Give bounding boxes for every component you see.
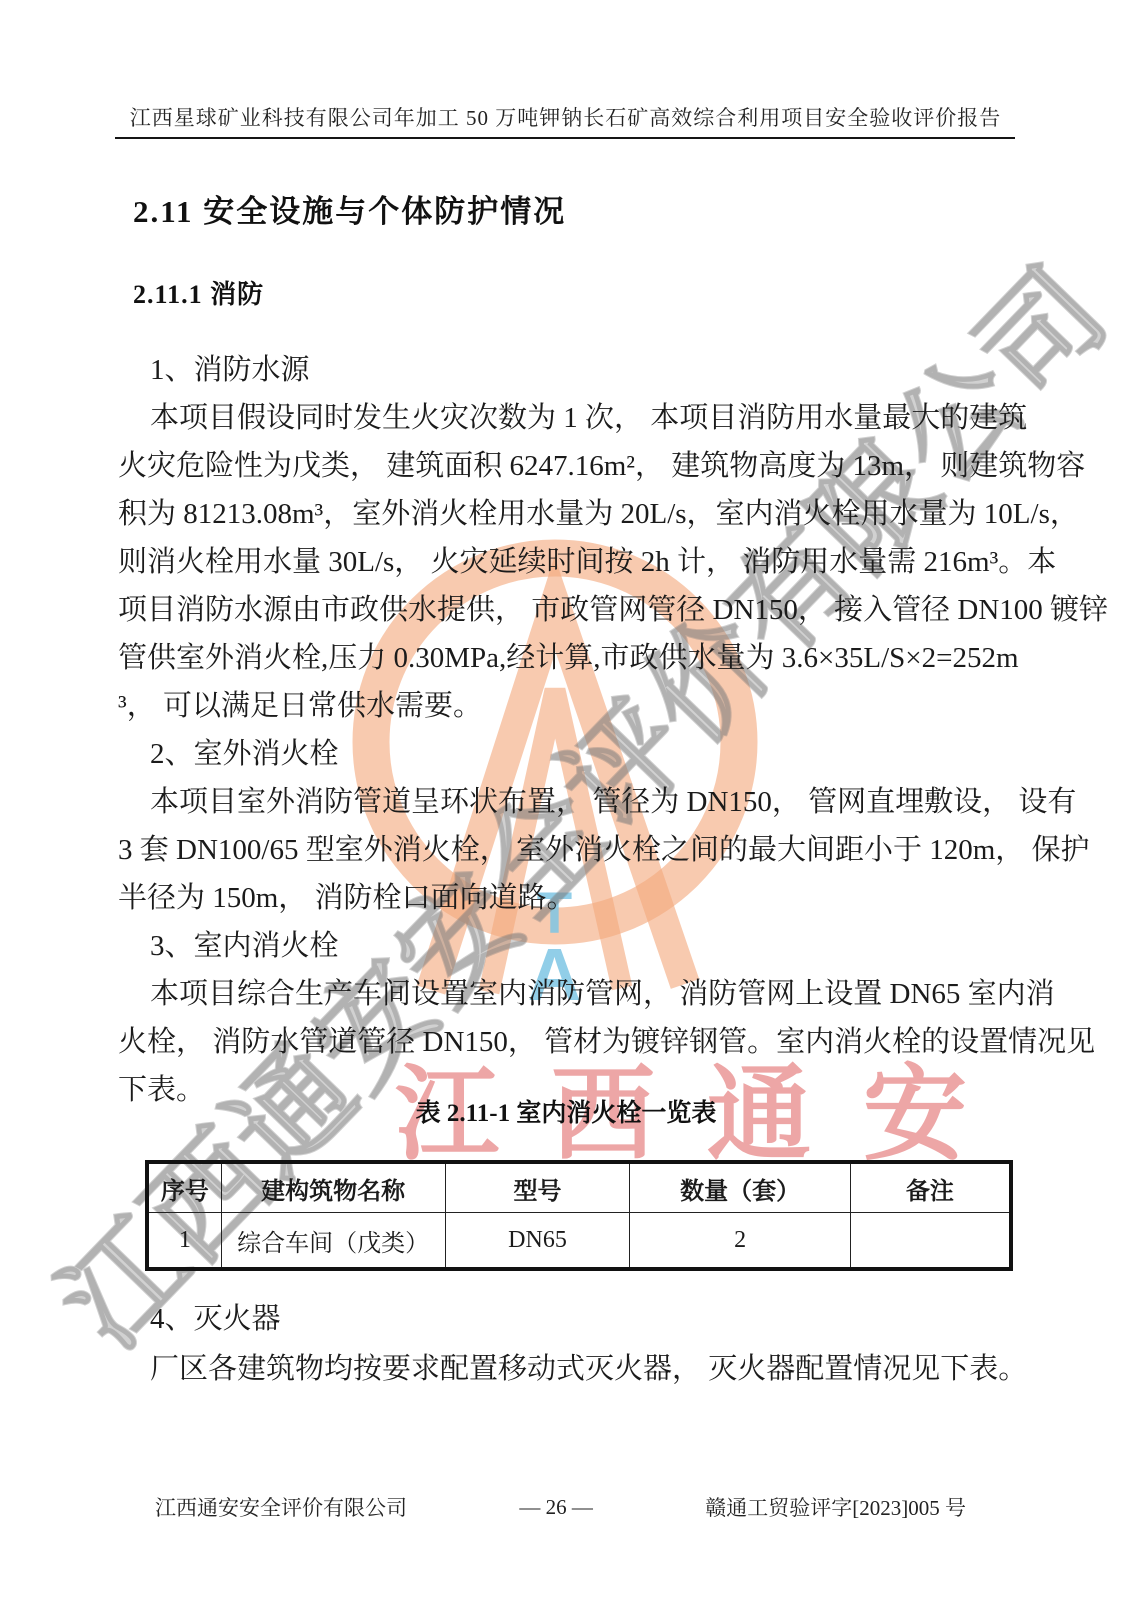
document-page: T A 江西通安安全评价有限公司 江西通安 江西星球矿业科技有限公司年加工 50… (0, 0, 1131, 1600)
table-header-cell: 建构筑物名称 (221, 1162, 445, 1213)
page-footer: 江西通安安全评价有限公司 — 26 — 赣通工贸验评字[2023]005 号 (155, 1492, 966, 1522)
footer-page-number: — 26 — (519, 1495, 593, 1520)
body-text: 1、消防水源本项目假设同时发生火灾次数为 1 次， 本项目消防用水量最大的建筑火… (118, 346, 1014, 1114)
table-cell: 2 (630, 1213, 850, 1270)
body-line: 3、室内消火栓 (118, 922, 1014, 970)
body-line: 火灾危险性为戊类， 建筑面积 6247.16m²， 建筑物高度为 13m， 则建… (118, 442, 1014, 490)
table-row: 1综合车间（戊类）DN652 (147, 1213, 1011, 1270)
header-rule (115, 137, 1015, 139)
table-header-cell: 型号 (445, 1162, 630, 1213)
body-line: 则消火栓用水量 30L/s， 火灾延续时间按 2h 计， 消防用水量需 216m… (118, 538, 1014, 586)
body-line: 本项目假设同时发生火灾次数为 1 次， 本项目消防用水量最大的建筑 (118, 394, 1014, 442)
table-header-cell: 序号 (147, 1162, 221, 1213)
indoor-hydrant-table: 序号建构筑物名称型号数量（套）备注 1综合车间（戊类）DN652 (145, 1160, 1013, 1271)
section-title: 2.11 安全设施与个体防护情况 (133, 186, 566, 231)
body-line: 4、灭火器 (118, 1294, 1014, 1344)
footer-company: 江西通安安全评价有限公司 (155, 1492, 407, 1522)
body-line: 半径为 150m， 消防栓口面向道路。 (118, 874, 1014, 922)
table-header-cell: 备注 (850, 1162, 1011, 1213)
table-cell (850, 1213, 1011, 1270)
body-line: 积为 81213.08m³，室外消火栓用水量为 20L/s，室内消火栓用水量为 … (118, 490, 1014, 538)
body-line: 管供室外消火栓,压力 0.30MPa,经计算,市政供水量为 3.6×35L/S×… (118, 634, 1014, 682)
body-line: 1、消防水源 (118, 346, 1014, 394)
subsection-title: 2.11.1 消防 (133, 274, 264, 311)
body-line: 厂区各建筑物均按要求配置移动式灭火器， 灭火器配置情况见下表。 (118, 1344, 1014, 1394)
table-cell: 1 (147, 1213, 221, 1270)
body-line: 2、室外消火栓 (118, 730, 1014, 778)
body-line: 3 套 DN100/65 型室外消火栓， 室外消火栓之间的最大间距小于 120m… (118, 826, 1014, 874)
body-line: 项目消防水源由市政供水提供， 市政管网管径 DN150， 接入管径 DN100 … (118, 586, 1014, 634)
body-text-after-table: 4、灭火器厂区各建筑物均按要求配置移动式灭火器， 灭火器配置情况见下表。 (118, 1294, 1014, 1394)
table-title: 表 2.11-1 室内消火栓一览表 (118, 1090, 1014, 1138)
table-cell: 综合车间（戊类） (221, 1213, 445, 1270)
page-header-title: 江西星球矿业科技有限公司年加工 50 万吨钾钠长石矿高效综合利用项目安全验收评价… (0, 102, 1131, 132)
table-header-row: 序号建构筑物名称型号数量（套）备注 (147, 1162, 1011, 1213)
body-line: ³， 可以满足日常供水需要。 (118, 682, 1014, 730)
body-line: 本项目综合生产车间设置室内消防管网， 消防管网上设置 DN65 室内消 (118, 970, 1014, 1018)
content-layer: 江西星球矿业科技有限公司年加工 50 万吨钾钠长石矿高效综合利用项目安全验收评价… (0, 0, 1131, 1600)
table-cell: DN65 (445, 1213, 630, 1270)
footer-doc-number: 赣通工贸验评字[2023]005 号 (705, 1492, 966, 1522)
body-line: 本项目室外消防管道呈环状布置， 管径为 DN150， 管网直埋敷设， 设有 (118, 778, 1014, 826)
body-line: 火栓， 消防水管道管径 DN150， 管材为镀锌钢管。室内消火栓的设置情况见 (118, 1018, 1014, 1066)
table-header-cell: 数量（套） (630, 1162, 850, 1213)
